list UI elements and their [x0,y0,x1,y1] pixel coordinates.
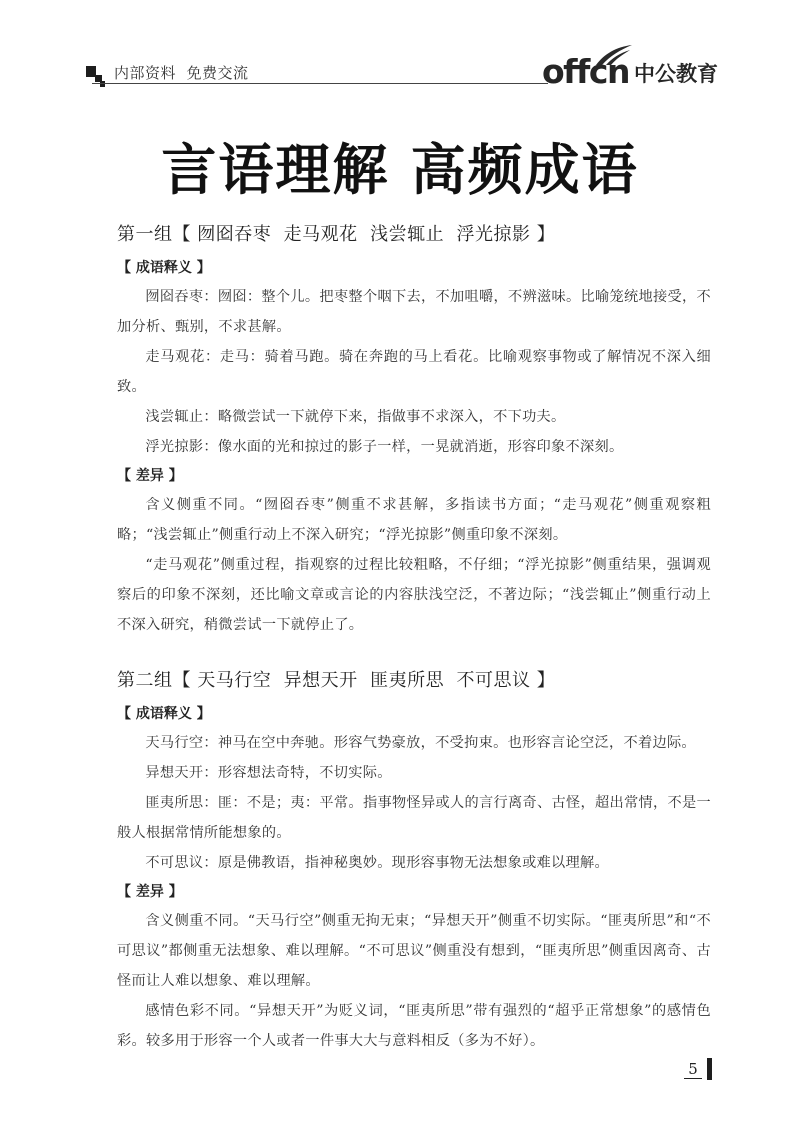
definition-paragraph: 囫囵吞枣：囫囵：整个儿。把枣整个咽下去，不加咀嚼，不辨滋味。比喻笼统地接受，不加… [117,282,711,342]
header-left-label: 内部资料 免费交流 [114,62,249,83]
definition-paragraph: 走马观花：走马：骑着马跑。骑在奔跑的马上看花。比喻观察事物或了解情况不深入细致。 [117,342,711,402]
difference-paragraph: “走马观花”侧重过程，指观察的过程比较粗略，不仔细；“浮光掠影”侧重结果，强调观… [117,550,711,640]
document-body: 第一组【 囫囵吞枣 走马观花 浅尝辄止 浮光掠影 】 【 成语释义 】 囫囵吞枣… [117,220,711,1056]
definitions-label: 【 成语释义 】 [117,700,711,728]
logo-wordmark: offcn [542,52,629,91]
page-title: 言语理解 高频成语 [0,126,800,205]
idiom-group-2: 第二组【 天马行空 异想天开 匪夷所思 不可思议 】 【 成语释义 】 天马行空… [117,666,711,1056]
differences-label: 【 差异 】 [117,462,711,490]
group-heading: 第一组【 囫囵吞枣 走马观花 浅尝辄止 浮光掠影 】 [117,220,711,250]
definition-paragraph: 不可思议：原是佛教语，指神秘奥妙。现形容事物无法想象或难以理解。 [117,848,711,878]
page-header: 内部资料 免费交流 offcn 中公教育 [86,48,718,92]
difference-paragraph: 含义侧重不同。“天马行空”侧重无拘无束；“异想天开”侧重不切实际。“匪夷所思”和… [117,906,711,996]
difference-paragraph: 感情色彩不同。“异想天开”为贬义词，“匪夷所思”带有强烈的“超乎正常想象”的感情… [117,996,711,1056]
definition-paragraph: 浮光掠影：像水面的光和掠过的影子一样，一晃就消逝，形容印象不深刻。 [117,432,711,462]
definitions-label: 【 成语释义 】 [117,254,711,282]
definition-paragraph: 匪夷所思：匪：不是；夷：平常。指事物怪异或人的言行离奇、古怪，超出常情，不是一般… [117,788,711,848]
logo-chinese-name: 中公教育 [634,58,718,88]
definition-paragraph: 异想天开：形容想法奇特，不切实际。 [117,758,711,788]
header-rule [92,83,548,84]
definition-paragraph: 浅尝辄止：略微尝试一下就停下来，指做事不求深入，不下功夫。 [117,402,711,432]
page-number: 5 [684,1060,702,1079]
idiom-group-1: 第一组【 囫囵吞枣 走马观花 浅尝辄止 浮光掠影 】 【 成语释义 】 囫囵吞枣… [117,220,711,640]
header-squares-icon [86,66,108,88]
differences-label: 【 差异 】 [117,878,711,906]
offcn-logo: offcn 中公教育 [538,44,718,88]
page-number-bar [707,1058,712,1080]
group-heading: 第二组【 天马行空 异想天开 匪夷所思 不可思议 】 [117,666,711,696]
difference-paragraph: 含义侧重不同。“囫囵吞枣”侧重不求甚解，多指读书方面；“走马观花”侧重观察粗略；… [117,490,711,550]
definition-paragraph: 天马行空：神马在空中奔驰。形容气势豪放，不受拘束。也形容言论空泛，不着边际。 [117,728,711,758]
